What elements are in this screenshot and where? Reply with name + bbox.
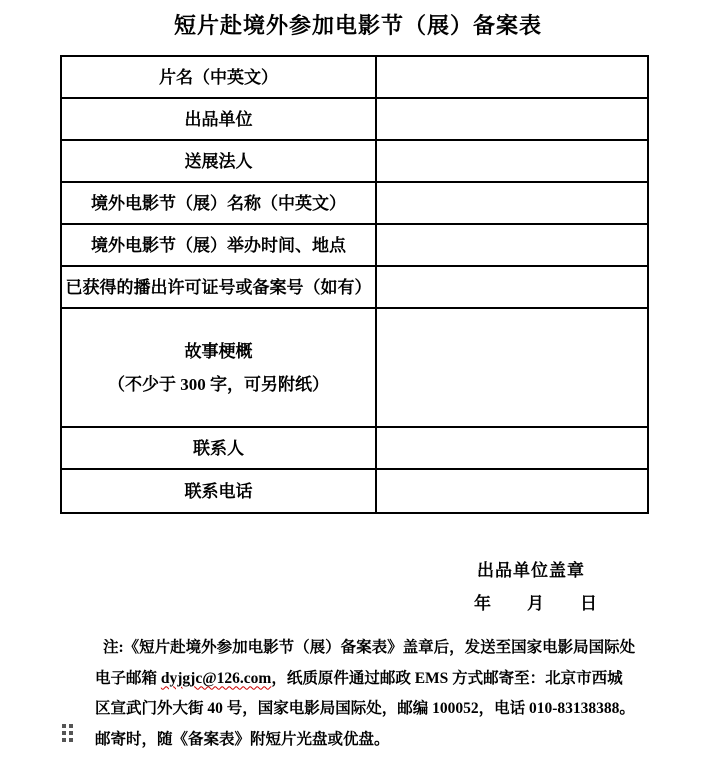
row-value-synopsis[interactable] xyxy=(377,309,647,426)
stamp-label: 出品单位盖章 xyxy=(477,556,585,581)
date-year-label: 年 xyxy=(474,589,491,614)
date-line: 年 月 日 xyxy=(474,589,597,614)
row-value-production-unit[interactable] xyxy=(377,99,647,139)
row-label-synopsis: 故事梗概 （不少于 300 字，可另附纸） xyxy=(62,309,377,426)
row-label-film-title: 片名（中英文） xyxy=(62,57,377,97)
table-row: 故事梗概 （不少于 300 字，可另附纸） xyxy=(62,309,647,428)
row-value-contact-phone[interactable] xyxy=(377,470,647,512)
footnote-line-2-suffix: ，纸质原件通过邮政 EMS 方式邮寄至：北京市西城 xyxy=(271,670,622,687)
table-row: 送展法人 xyxy=(62,141,647,183)
page-title: 短片赴境外参加电影节（展）备案表 xyxy=(0,9,716,40)
row-value-legal-person[interactable] xyxy=(377,141,647,181)
footnote: 注:《短片赴境外参加电影节（展）备案表》盖章后，发送至国家电影局国际处 电子邮箱… xyxy=(95,633,630,755)
row-label-production-unit: 出品单位 xyxy=(62,99,377,139)
footnote-line-4: 邮寄时，随《备案表》附短片光盘或优盘。 xyxy=(95,725,630,756)
row-value-license-number[interactable] xyxy=(377,267,647,307)
row-label-contact-person: 联系人 xyxy=(62,428,377,468)
table-row: 出品单位 xyxy=(62,99,647,141)
row-label-contact-phone: 联系电话 xyxy=(62,470,377,512)
email-text: dyjgjc@126.com xyxy=(161,670,271,687)
footnote-line-3: 区宣武门外大街 40 号，国家电影局国际处，邮编 100052，电话 010-8… xyxy=(95,694,630,725)
table-row: 联系电话 xyxy=(62,470,647,512)
row-value-film-title[interactable] xyxy=(377,57,647,97)
registration-form-table: 片名（中英文） 出品单位 送展法人 境外电影节（展）名称（中英文） 境外电影节（… xyxy=(60,55,649,514)
table-row: 境外电影节（展）举办时间、地点 xyxy=(62,225,647,267)
footnote-line-1: 注:《短片赴境外参加电影节（展）备案表》盖章后，发送至国家电影局国际处 xyxy=(95,633,630,664)
table-row: 已获得的播出许可证号或备案号（如有） xyxy=(62,267,647,309)
footnote-line-2-prefix: 电子邮箱 xyxy=(95,670,161,687)
table-row: 片名（中英文） xyxy=(62,57,647,99)
table-row: 联系人 xyxy=(62,428,647,470)
row-value-festival-time-place[interactable] xyxy=(377,225,647,265)
row-label-festival-name: 境外电影节（展）名称（中英文） xyxy=(62,183,377,223)
table-row: 境外电影节（展）名称（中英文） xyxy=(62,183,647,225)
row-label-festival-time-place: 境外电影节（展）举办时间、地点 xyxy=(62,225,377,265)
footnote-line-2: 电子邮箱 dyjgjc@126.com，纸质原件通过邮政 EMS 方式邮寄至：北… xyxy=(95,664,630,695)
row-label-legal-person: 送展法人 xyxy=(62,141,377,181)
document-page: 短片赴境外参加电影节（展）备案表 片名（中英文） 出品单位 送展法人 境外电影节… xyxy=(0,0,716,760)
row-value-contact-person[interactable] xyxy=(377,428,647,468)
table-drag-handle-dots-icon[interactable] xyxy=(62,724,73,742)
row-value-festival-name[interactable] xyxy=(377,183,647,223)
date-day-label: 日 xyxy=(580,589,597,614)
row-label-license-number: 已获得的播出许可证号或备案号（如有） xyxy=(62,267,377,307)
date-month-label: 月 xyxy=(527,589,544,614)
